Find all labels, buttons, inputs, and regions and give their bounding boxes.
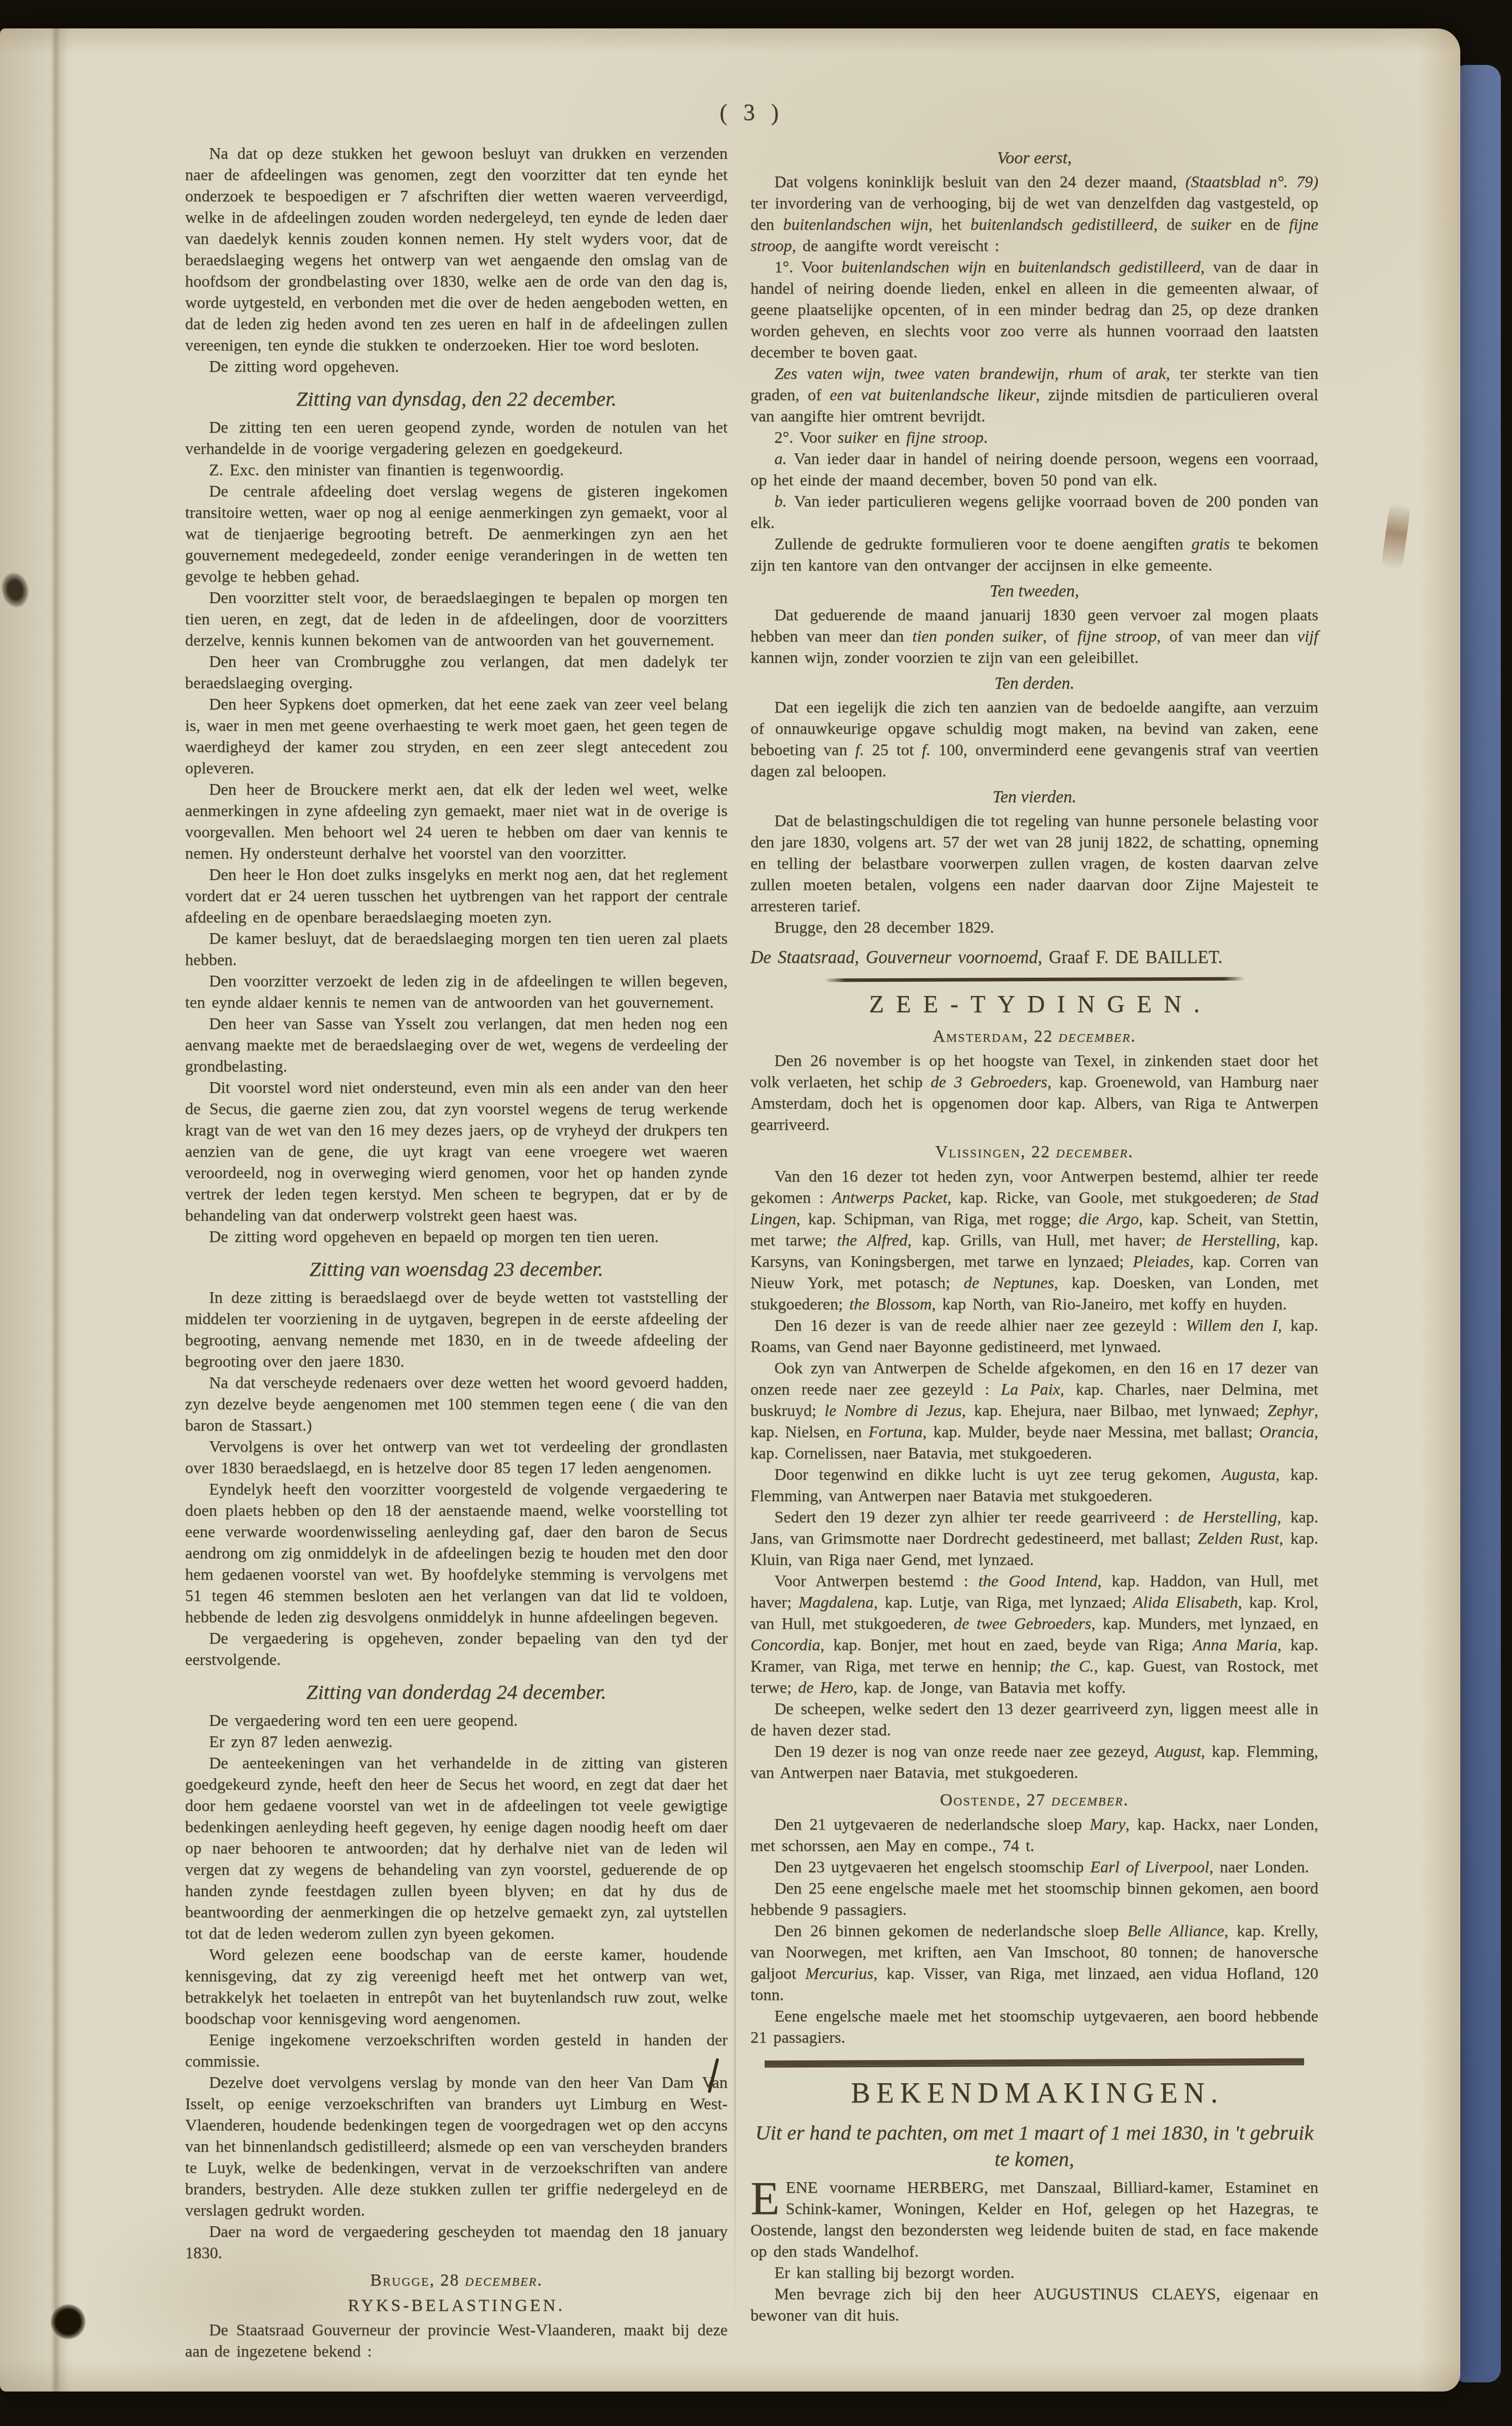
section-heading: Vlissingen, 22 december.: [750, 1140, 1318, 1164]
paragraph: In deze zitting is beraedslaegd over de …: [185, 1287, 728, 1372]
paragraph: Den heer van Sasse van Ysselt zou verlan…: [185, 1013, 728, 1077]
paragraph: Word gelezen eene boodschap van de eerst…: [185, 1944, 728, 2029]
paragraph: De vergaedering is opgeheven, zonder bep…: [185, 1628, 728, 1670]
paragraph: Dat een iegelijk die zich ten aanzien va…: [750, 697, 1318, 782]
paragraph: Door tegenwind en dikke lucht is uyt zee…: [750, 1464, 1318, 1507]
paragraph: Den heer van Crombrugghe zou verlangen, …: [185, 651, 728, 694]
paragraph: Zes vaten wijn, twee vaten brandewijn, r…: [750, 363, 1318, 427]
section-heading: BEKENDMAKINGEN.: [750, 2076, 1318, 2111]
paragraph: De kamer besluyt, dat de beraedslaeging …: [185, 928, 728, 971]
text-columns: Na dat op deze stukken het gewoon besluy…: [185, 143, 1318, 2362]
section-heading: Ten vierden.: [750, 786, 1318, 808]
divider-rule: [824, 977, 1245, 982]
section-heading: Oostende, 27 december.: [750, 1789, 1318, 1812]
right-column: Voor eerst,Dat volgens koninklijk beslui…: [750, 143, 1318, 2326]
paragraph: Na dat verscheyde redenaers over deze we…: [185, 1372, 728, 1436]
paragraph: Er kan stalling bij bezorgt worden.: [750, 2262, 1318, 2284]
paragraph: Dat volgens koninklijk besluit van den 2…: [750, 171, 1318, 257]
scanned-newspaper-page: { "page": { "page_number": "( 3 )" }, "c…: [0, 0, 1512, 2426]
paragraph: Eene engelsche maele met het stoomschip …: [750, 2006, 1318, 2048]
section-heading: Zitting van dynsdag, den 22 december.: [185, 385, 728, 412]
paragraph: Dezelve doet vervolgens verslag by monde…: [185, 2072, 728, 2221]
page-number: ( 3 ): [185, 99, 1318, 126]
paragraph: De zitting ten een ueren geopend zynde, …: [185, 417, 728, 459]
paragraph: Den heer Sypkens doet opmerken, dat het …: [185, 694, 728, 779]
section-heading: Ten tweeden,: [750, 580, 1318, 602]
paragraph: Eenige ingekomene verzoekschriften worde…: [185, 2029, 728, 2072]
paragraph: Den 23 uytgevaeren het engelsch stoomsch…: [750, 1857, 1318, 1878]
paragraph: Sedert den 19 dezer zyn alhier ter reede…: [750, 1507, 1318, 1571]
paragraph: De vergaedering word ten een uere geopen…: [185, 1710, 728, 1731]
paragraph: De Staatsraad Gouverneur der provincie W…: [185, 2320, 728, 2362]
paragraph: De zitting word opgeheven.: [185, 356, 728, 377]
paragraph: De zitting word opgeheven en bepaeld op …: [185, 1226, 728, 1247]
paragraph: Den heer de Brouckere merkt aen, dat elk…: [185, 779, 728, 864]
section-heading: ZEE-TYDINGEN.: [750, 989, 1318, 1020]
paragraph: Den heer le Hon doet zulks insgelyks en …: [185, 864, 728, 928]
section-heading: Uit er hand te pachten, om met 1 maart o…: [750, 2119, 1318, 2172]
paragraph: Den 21 uytgevaeren de nederlandsche sloe…: [750, 1814, 1318, 1857]
paragraph: Voor Antwerpen bestemd : the Good Intend…: [750, 1571, 1318, 1698]
section-heading: Zitting van donderdag 24 december.: [185, 1679, 728, 1705]
paragraph: Van den 16 dezer tot heden zyn, voor Ant…: [750, 1166, 1318, 1315]
paragraph: a. Van ieder daar in handel of neiring d…: [750, 448, 1318, 491]
paragraph: Ook zyn van Antwerpen de Schelde afgekom…: [750, 1358, 1318, 1464]
paragraph: De Staatsraad, Gouverneur voornoemd, Gra…: [750, 946, 1318, 969]
paragraph: Den voorzitter verzoekt de leden zig in …: [185, 971, 728, 1013]
paragraph: Dat de belastingschuldigen die tot regel…: [750, 810, 1318, 917]
paragraph: Den 19 dezer is nog van onze reede naer …: [750, 1741, 1318, 1783]
paragraph: Dit voorstel word niet ondersteund, even…: [185, 1077, 728, 1226]
paragraph: Den 16 dezer is van de reede alhier naer…: [750, 1315, 1318, 1358]
paragraph: Vervolgens is over het ontwerp van wet t…: [185, 1436, 728, 1479]
paragraph: De centrale afdeeling doet verslag wegen…: [185, 481, 728, 587]
paragraph: b. Van ieder particulieren wegens gelijk…: [750, 491, 1318, 533]
section-heading: RYKS-BELASTINGEN.: [185, 2294, 728, 2317]
paragraph: Na dat op deze stukken het gewoon besluy…: [185, 143, 728, 356]
fold-crease: [734, 1166, 736, 2333]
underlying-page-edge: [1454, 65, 1501, 2382]
paragraph: Den voorzitter stelt voor, de beraedslae…: [185, 587, 728, 651]
section-heading: Voor eerst,: [750, 147, 1318, 169]
left-column: Na dat op deze stukken het gewoon besluy…: [185, 143, 728, 2362]
drop-cap: E: [750, 2177, 785, 2217]
paragraph: Den 25 eene engelsche maele met het stoo…: [750, 1878, 1318, 1920]
paragraph: Er zyn 87 leden aenwezig.: [185, 1731, 728, 1753]
paragraph: Men bevrage zich bij den heer AUGUSTINUS…: [750, 2284, 1318, 2326]
divider-rule: [765, 2058, 1304, 2068]
paragraph: EENE voorname HERBERG, met Danszaal, Bil…: [750, 2177, 1318, 2262]
page-content: ( 3 ) Na dat op deze stukken het gewoon …: [185, 99, 1318, 2362]
paragraph: De scheepen, welke sedert den 13 dezer g…: [750, 1698, 1318, 1741]
paragraph: Eyndelyk heeft den voorzitter voorgestel…: [185, 1479, 728, 1628]
paragraph: Den 26 binnen gekomen de nederlandsche s…: [750, 1920, 1318, 2006]
section-heading: Brugge, 28 december.: [185, 2269, 728, 2292]
section-heading: Amsterdam, 22 december.: [750, 1025, 1318, 1048]
section-heading: Ten derden.: [750, 672, 1318, 695]
paragraph: 2°. Voor suiker en fijne stroop.: [750, 427, 1318, 448]
paragraph: Dat geduerende de maand januarij 1830 ge…: [750, 604, 1318, 668]
paragraph: Den 26 november is op het hoogste van Te…: [750, 1050, 1318, 1135]
paragraph: Daer na word de vergaedering gescheyden …: [185, 2221, 728, 2264]
paragraph: Zullende de gedrukte formulieren voor te…: [750, 533, 1318, 576]
paragraph: Z. Exc. den minister van finantien is te…: [185, 459, 728, 481]
paragraph: De aenteekeningen van het verhandelde in…: [185, 1753, 728, 1944]
section-heading: Zitting van woensdag 23 december.: [185, 1256, 728, 1282]
paragraph: Brugge, den 28 december 1829.: [750, 917, 1318, 938]
paragraph: 1°. Voor buitenlandschen wijn en buitenl…: [750, 257, 1318, 363]
